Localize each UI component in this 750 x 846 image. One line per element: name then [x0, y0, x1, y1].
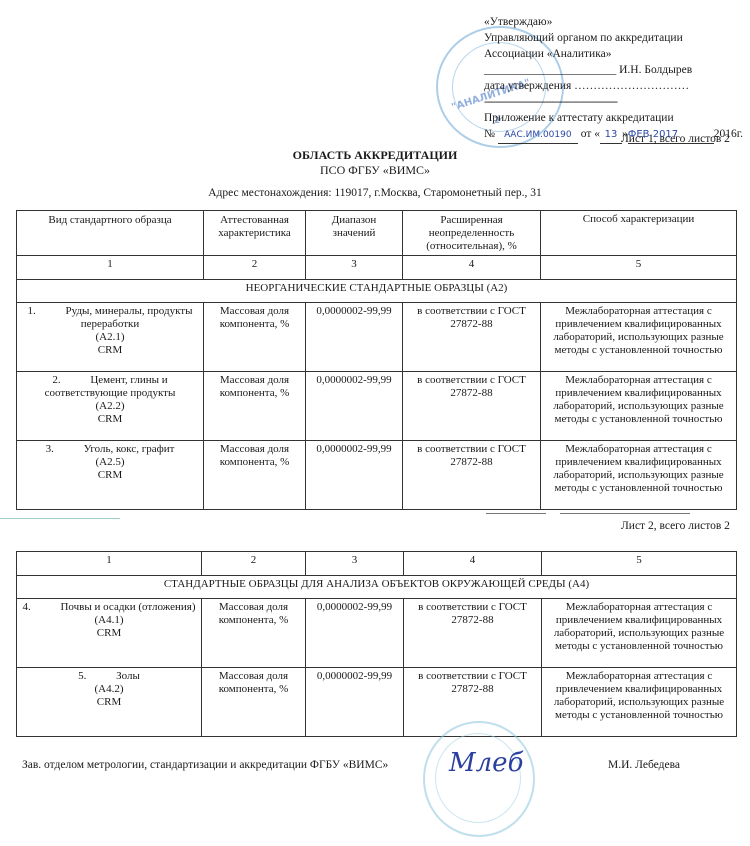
sample-name: Золы — [116, 670, 140, 682]
approval-heading: «Утверждаю» — [484, 14, 743, 30]
range-cell: 0,0000002-99,99 — [306, 441, 403, 510]
sample-code: (А4.1) — [94, 614, 123, 626]
approval-date: дата утверждения ………………………… — [484, 78, 743, 94]
header-cell: Аттестованная характеристика — [204, 211, 306, 256]
section-title: СТАНДАРТНЫЕ ОБРАЗЦЫ ДЛЯ АНАЛИЗА ОБЪЕКТОВ… — [17, 576, 737, 599]
section-title: НЕОРГАНИЧЕСКИЕ СТАНДАРТНЫЕ ОБРАЗЦЫ (А2) — [17, 280, 737, 303]
column-number: 2 — [202, 552, 306, 576]
column-number: 4 — [404, 552, 542, 576]
method-cell: Межлабораторная аттестация с привлечение… — [541, 303, 737, 372]
sample-type-cell: 5.Золы (А4.2) CRM — [17, 668, 202, 737]
header-cell: Вид стандартного образца — [17, 211, 204, 256]
sample-code: (А2.5) — [95, 456, 124, 468]
signatory-name: М.И. Лебедева — [608, 759, 680, 771]
uncertainty-cell: в соответствии с ГОСТ 27872-88 — [403, 303, 541, 372]
sample-type-cell: 2.Цемент, глины и соответствующие продук… — [17, 372, 204, 441]
approval-association: Ассоциации «Аналитика» — [484, 46, 743, 62]
sheet-number-1: Лист 1, всего листов 2 — [621, 133, 730, 145]
date-prefix: от « — [581, 128, 600, 140]
column-number: 1 — [17, 256, 204, 280]
sample-kind: CRM — [98, 469, 122, 481]
vims-round-seal — [423, 721, 535, 837]
approval-signatory: _______________________ И.Н. Болдырев — [484, 62, 743, 78]
sample-kind: CRM — [97, 696, 121, 708]
characteristic-cell: Массовая доля компонента, % — [202, 668, 306, 737]
sample-kind: CRM — [97, 627, 121, 639]
seal-inner-ring — [435, 733, 521, 823]
signature: Млеб — [449, 748, 523, 778]
page-separator-mark — [560, 513, 690, 514]
signatory-position: Зав. отделом метрологии, стандартизации … — [22, 759, 388, 771]
sample-type-cell: 1.Руды, минералы, продукты переработки (… — [17, 303, 204, 372]
column-number: 5 — [541, 256, 737, 280]
table-row: 2.Цемент, глины и соответствующие продук… — [17, 372, 737, 441]
row-number: 2. — [52, 374, 90, 387]
header-cell: Диапазон значений — [306, 211, 403, 256]
column-number: 3 — [306, 552, 404, 576]
uncertainty-cell: в соответствии с ГОСТ 27872-88 — [403, 372, 541, 441]
table-header-row: Вид стандартного образца Аттестованная х… — [17, 211, 737, 256]
table-row: 1.Руды, минералы, продукты переработки (… — [17, 303, 737, 372]
range-cell: 0,0000002-99,99 — [306, 668, 404, 737]
approval-block: «Утверждаю» Управляющий органом по аккре… — [484, 14, 743, 144]
range-cell: 0,0000002-99,99 — [306, 303, 403, 372]
uncertainty-cell: в соответствии с ГОСТ 27872-88 — [403, 441, 541, 510]
range-cell: 0,0000002-99,99 — [306, 599, 404, 668]
table-row: 4.Почвы и осадки (отложения) (А4.1) CRM … — [17, 599, 737, 668]
column-number-row: 1 2 3 4 5 — [17, 552, 737, 576]
page-separator-mark — [486, 513, 546, 514]
row-number: 5. — [78, 670, 116, 683]
sample-name: Руды, минералы, продукты переработки — [66, 305, 193, 330]
accreditation-table-page1: Вид стандартного образца Аттестованная х… — [16, 210, 737, 510]
row-number: 3. — [46, 443, 84, 456]
approval-authority: Управляющий органом по аккредитации — [484, 30, 743, 46]
address: Адрес местонахождения: 119017, г.Москва,… — [0, 187, 750, 199]
accreditation-table-page2: 1 2 3 4 5 СТАНДАРТНЫЕ ОБРАЗЦЫ ДЛЯ АНАЛИЗ… — [16, 551, 737, 737]
characteristic-cell: Массовая доля компонента, % — [204, 303, 306, 372]
sample-kind: CRM — [98, 344, 122, 356]
method-cell: Межлабораторная аттестация с привлечение… — [541, 372, 737, 441]
approval-dash-line: ----------------------------------------… — [484, 94, 743, 110]
sheet-number-2: Лист 2, всего листов 2 — [621, 520, 730, 532]
sample-name: Почвы и осадки (отложения) — [60, 601, 195, 613]
row-number: 4. — [22, 601, 60, 614]
table-row: 3.Уголь, кокс, графит (А2.5) CRM Массова… — [17, 441, 737, 510]
document-title: ОБЛАСТЬ АККРЕДИТАЦИИ — [0, 148, 750, 163]
sample-name: Уголь, кокс, графит — [84, 443, 175, 455]
characteristic-cell: Массовая доля компонента, % — [204, 372, 306, 441]
characteristic-cell: Массовая доля компонента, % — [204, 441, 306, 510]
attestat-number: ААС.ИМ.00190 — [498, 127, 578, 144]
column-number: 4 — [403, 256, 541, 280]
header-cell: Способ характеризации — [541, 211, 737, 256]
column-number-row: 1 2 3 4 5 — [17, 256, 737, 280]
method-cell: Межлабораторная аттестация с привлечение… — [542, 668, 737, 737]
uncertainty-cell: в соответствии с ГОСТ 27872-88 — [404, 599, 542, 668]
column-number: 2 — [204, 256, 306, 280]
column-number: 5 — [542, 552, 737, 576]
range-cell: 0,0000002-99,99 — [306, 372, 403, 441]
page-separator-line — [0, 518, 120, 519]
column-number: 3 — [306, 256, 403, 280]
number-prefix: № — [484, 128, 495, 140]
column-number: 1 — [17, 552, 202, 576]
sample-code: (А2.2) — [95, 400, 124, 412]
annex-title: Приложение к аттестату аккредитации — [484, 110, 743, 126]
sample-type-cell: 3.Уголь, кокс, графит (А2.5) CRM — [17, 441, 204, 510]
document-subtitle: ПСО ФГБУ «ВИМС» — [0, 163, 750, 178]
section-row: СТАНДАРТНЫЕ ОБРАЗЦЫ ДЛЯ АНАЛИЗА ОБЪЕКТОВ… — [17, 576, 737, 599]
sample-kind: CRM — [98, 413, 122, 425]
date-day: 13 — [600, 127, 622, 144]
sample-code: (А2.1) — [95, 331, 124, 343]
section-row: НЕОРГАНИЧЕСКИЕ СТАНДАРТНЫЕ ОБРАЗЦЫ (А2) — [17, 280, 737, 303]
sample-type-cell: 4.Почвы и осадки (отложения) (А4.1) CRM — [17, 599, 202, 668]
row-number: 1. — [28, 305, 66, 318]
table-row: 5.Золы (А4.2) CRM Массовая доля компонен… — [17, 668, 737, 737]
header-cell: Расширенная неопределенность (относитель… — [403, 211, 541, 256]
method-cell: Межлабораторная аттестация с привлечение… — [542, 599, 737, 668]
method-cell: Межлабораторная аттестация с привлечение… — [541, 441, 737, 510]
sample-code: (А4.2) — [94, 683, 123, 695]
characteristic-cell: Массовая доля компонента, % — [202, 599, 306, 668]
